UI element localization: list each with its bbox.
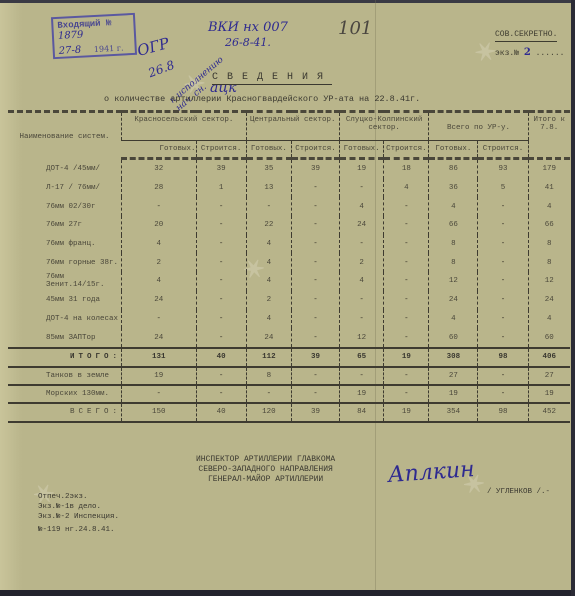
handwritten-note: ВКИ нх 007: [208, 20, 288, 35]
value-cell: -: [196, 272, 246, 291]
value-cell: -: [339, 367, 384, 385]
value-cell: -: [196, 253, 246, 272]
signature-block: ИНСПЕКТОР АРТИЛЛЕРИИ ГЛАВКОМА СЕВЕРО-ЗАП…: [196, 455, 335, 485]
value-cell: 86: [429, 159, 478, 179]
value-cell: -: [292, 235, 340, 254]
value-cell: 308: [429, 348, 478, 367]
value-cell: 24: [246, 328, 291, 348]
header-total-by-ur: Всего по УР-у.: [429, 112, 528, 141]
header-building: Строится.: [196, 141, 246, 159]
value-cell: -: [196, 328, 246, 348]
system-name-cell: Л-17 / 76мм/: [8, 179, 122, 198]
value-cell: -: [196, 216, 246, 235]
system-name-cell: 76мм Зенит.14/15г.: [8, 272, 122, 291]
header-slutsk-kolpino-sector: Слуцко-Колпинский сектор.: [339, 112, 428, 141]
table-row: 76мм 27г20-22-24-66-66: [8, 216, 570, 235]
system-name-cell: ДОТ-4 на колесах: [8, 310, 122, 329]
value-cell: -: [478, 385, 528, 403]
value-cell: -: [196, 367, 246, 385]
value-cell: 18: [384, 159, 429, 179]
distribution-note: Отпеч.2экз. Экз.№-1в дело. Экз.№-2 Инспе…: [38, 492, 119, 535]
value-cell: 36: [429, 179, 478, 198]
value-cell: 32: [122, 159, 197, 179]
system-name-cell: ДОТ-4 /45мм/: [8, 159, 122, 179]
value-cell: -: [292, 272, 340, 291]
header-krasnoselsky-sector: Красносельский сектор.: [122, 112, 247, 141]
system-name-cell: 45мм 31 года: [8, 291, 122, 310]
document-title: СВЕДЕНИЯ: [212, 72, 332, 85]
value-cell: 4: [339, 272, 384, 291]
value-cell: -: [339, 291, 384, 310]
system-name-cell: 85мм ЗАПТор: [8, 328, 122, 348]
value-cell: -: [196, 197, 246, 216]
value-cell: 24: [339, 216, 384, 235]
value-cell: -: [384, 328, 429, 348]
system-name-cell: 76мм 27г: [8, 216, 122, 235]
value-cell: 2: [246, 291, 291, 310]
header-ready: Готовых.: [122, 141, 197, 159]
value-cell: -: [196, 291, 246, 310]
value-cell: -: [292, 216, 340, 235]
value-cell: 406: [528, 348, 570, 367]
value-cell: -: [292, 310, 340, 329]
subtotal-row: ИТОГО:1314011239651930898406: [8, 348, 570, 367]
value-cell: 8: [429, 253, 478, 272]
table-row: 76мм горные 38г.2-4-2-8-8: [8, 253, 570, 272]
value-cell: 4: [246, 310, 291, 329]
value-cell: 2: [122, 253, 197, 272]
right-frame-edge: [571, 0, 575, 596]
table-body: ДОТ-4 /45мм/3239353919188693179Л-17 / 76…: [8, 159, 570, 422]
value-cell: -: [339, 179, 384, 198]
value-cell: -: [384, 291, 429, 310]
value-cell: -: [292, 385, 340, 403]
value-cell: 40: [196, 403, 246, 422]
header-building: Строится.: [384, 141, 429, 159]
value-cell: 8: [429, 235, 478, 254]
document-page: ✶ ✶ ✶ ✶ ✶ Входящий № 1879 27-8 1941 г. О…: [0, 0, 575, 590]
system-name-cell: ИТОГО:: [8, 348, 122, 367]
value-cell: 19: [429, 385, 478, 403]
value-cell: -: [384, 367, 429, 385]
value-cell: 4: [429, 197, 478, 216]
table-row: Л-17 / 76мм/28113--436541: [8, 179, 570, 198]
value-cell: -: [384, 235, 429, 254]
resolution-date: 26.8: [146, 58, 176, 80]
value-cell: -: [478, 216, 528, 235]
grand-total-row: ВСЕГО:1504012039841935498452: [8, 403, 570, 422]
value-cell: 150: [122, 403, 197, 422]
value-cell: 19: [339, 385, 384, 403]
value-cell: 20: [122, 216, 197, 235]
table-row: 76мм Зенит.14/15г.4-4-4-12-12: [8, 272, 570, 291]
value-cell: 19: [339, 159, 384, 179]
value-cell: -: [196, 235, 246, 254]
value-cell: 8: [246, 367, 291, 385]
value-cell: 60: [528, 328, 570, 348]
table-row: ДОТ-4 /45мм/3239353919188693179: [8, 159, 570, 179]
handwritten-initials: ОГР: [135, 34, 171, 60]
value-cell: 66: [429, 216, 478, 235]
value-cell: 4: [122, 235, 197, 254]
value-cell: 2: [339, 253, 384, 272]
value-cell: 4: [122, 272, 197, 291]
signer-title-line1: ИНСПЕКТОР АРТИЛЛЕРИИ ГЛАВКОМА: [196, 455, 335, 465]
system-name-cell: 76мм франц.: [8, 235, 122, 254]
value-cell: -: [122, 310, 197, 329]
value-cell: 39: [196, 159, 246, 179]
value-cell: -: [122, 197, 197, 216]
value-cell: 28: [122, 179, 197, 198]
value-cell: 27: [429, 367, 478, 385]
bottom-frame-edge: [0, 590, 575, 596]
value-cell: 452: [528, 403, 570, 422]
value-cell: 24: [122, 328, 197, 348]
value-cell: 4: [246, 235, 291, 254]
value-cell: 24: [429, 291, 478, 310]
value-cell: -: [478, 367, 528, 385]
header-building: Строится.: [292, 141, 340, 159]
value-cell: -: [384, 272, 429, 291]
table-row: 45мм 31 года24-2---24-24: [8, 291, 570, 310]
system-name-cell: 76мм горные 38г.: [8, 253, 122, 272]
header-system-name: Наименование систем.: [8, 112, 122, 159]
value-cell: 120: [246, 403, 291, 422]
value-cell: 24: [122, 291, 197, 310]
value-cell: -: [478, 253, 528, 272]
value-cell: -: [196, 310, 246, 329]
value-cell: 19: [384, 348, 429, 367]
value-cell: -: [384, 385, 429, 403]
value-cell: 131: [122, 348, 197, 367]
value-cell: -: [478, 272, 528, 291]
value-cell: 13: [246, 179, 291, 198]
value-cell: 5: [478, 179, 528, 198]
page-number: 101: [338, 18, 372, 39]
header-ready: Готовых.: [429, 141, 478, 159]
header-total-col: Итого к 7.8.: [528, 112, 570, 159]
value-cell: 4: [429, 310, 478, 329]
table-row: 85мм ЗАПТор24-24-12-60-60: [8, 328, 570, 348]
value-cell: 40: [196, 348, 246, 367]
signer-title-line2: СЕВЕРО-ЗАПАДНОГО НАПРАВЛЕНИЯ: [196, 465, 335, 475]
value-cell: 4: [528, 197, 570, 216]
value-cell: -: [478, 310, 528, 329]
value-cell: 8: [528, 235, 570, 254]
value-cell: -: [246, 385, 291, 403]
table-row: ДОТ-4 на колесах--4---4-4: [8, 310, 570, 329]
document-subtitle: о количестве артиллерии Красногвардейско…: [104, 94, 420, 104]
table-row: 76мм франц.4-4---8-8: [8, 235, 570, 254]
classification-label: СОВ.СЕКРЕТНО.: [495, 30, 557, 42]
value-cell: -: [292, 367, 340, 385]
value-cell: -: [122, 385, 197, 403]
value-cell: -: [196, 385, 246, 403]
signer-name: / УГЛЕНКОВ /.-: [487, 488, 550, 496]
handwritten-note-date: 26-8-41.: [225, 36, 271, 49]
value-cell: 4: [384, 179, 429, 198]
top-frame-edge: [0, 0, 575, 3]
value-cell: -: [292, 253, 340, 272]
value-cell: 112: [246, 348, 291, 367]
table-row: Морских 130мм.----19-19-19: [8, 385, 570, 403]
value-cell: 39: [292, 348, 340, 367]
value-cell: -: [339, 235, 384, 254]
value-cell: 84: [339, 403, 384, 422]
value-cell: -: [384, 253, 429, 272]
value-cell: 8: [528, 253, 570, 272]
handwritten-signature: Аплкин: [387, 457, 475, 488]
value-cell: 179: [528, 159, 570, 179]
value-cell: 12: [339, 328, 384, 348]
value-cell: 60: [429, 328, 478, 348]
value-cell: 66: [528, 216, 570, 235]
value-cell: -: [292, 197, 340, 216]
signer-rank: ГЕНЕРАЛ-МАЙОР АРТИЛЛЕРИИ: [196, 475, 335, 485]
table-row: 76мм 02/30г----4-4-4: [8, 197, 570, 216]
value-cell: 19: [122, 367, 197, 385]
value-cell: -: [292, 291, 340, 310]
value-cell: 4: [339, 197, 384, 216]
value-cell: -: [478, 328, 528, 348]
value-cell: 4: [528, 310, 570, 329]
value-cell: -: [384, 310, 429, 329]
value-cell: 12: [429, 272, 478, 291]
value-cell: -: [478, 291, 528, 310]
value-cell: 1: [196, 179, 246, 198]
system-name-cell: 76мм 02/30г: [8, 197, 122, 216]
value-cell: -: [384, 197, 429, 216]
value-cell: 24: [528, 291, 570, 310]
value-cell: -: [339, 310, 384, 329]
value-cell: -: [478, 197, 528, 216]
value-cell: 354: [429, 403, 478, 422]
artillery-table: Наименование систем. Красносельский сект…: [8, 110, 570, 423]
system-name-cell: ВСЕГО:: [8, 403, 122, 422]
value-cell: 19: [384, 403, 429, 422]
value-cell: 39: [292, 159, 340, 179]
value-cell: -: [246, 197, 291, 216]
value-cell: 12: [528, 272, 570, 291]
value-cell: 27: [528, 367, 570, 385]
value-cell: 98: [478, 403, 528, 422]
value-cell: -: [292, 328, 340, 348]
value-cell: -: [478, 235, 528, 254]
copy-number: экз.№ 2 ......: [495, 47, 564, 58]
value-cell: -: [292, 179, 340, 198]
header-ready: Готовых.: [339, 141, 384, 159]
value-cell: 39: [292, 403, 340, 422]
system-name-cell: Морских 130мм.: [8, 385, 122, 403]
value-cell: 4: [246, 253, 291, 272]
value-cell: 19: [528, 385, 570, 403]
header-central-sector: Центральный сектор.: [246, 112, 339, 141]
value-cell: 41: [528, 179, 570, 198]
header-ready: Готовых.: [246, 141, 291, 159]
value-cell: 4: [246, 272, 291, 291]
value-cell: 35: [246, 159, 291, 179]
value-cell: 93: [478, 159, 528, 179]
incoming-stamp: Входящий № 1879 27-8 1941 г.: [51, 13, 137, 59]
value-cell: 22: [246, 216, 291, 235]
value-cell: 98: [478, 348, 528, 367]
header-building: Строится.: [478, 141, 528, 159]
value-cell: -: [384, 216, 429, 235]
table-row: Танков в земле19-8---27-27: [8, 367, 570, 385]
value-cell: 65: [339, 348, 384, 367]
system-name-cell: Танков в земле: [8, 367, 122, 385]
